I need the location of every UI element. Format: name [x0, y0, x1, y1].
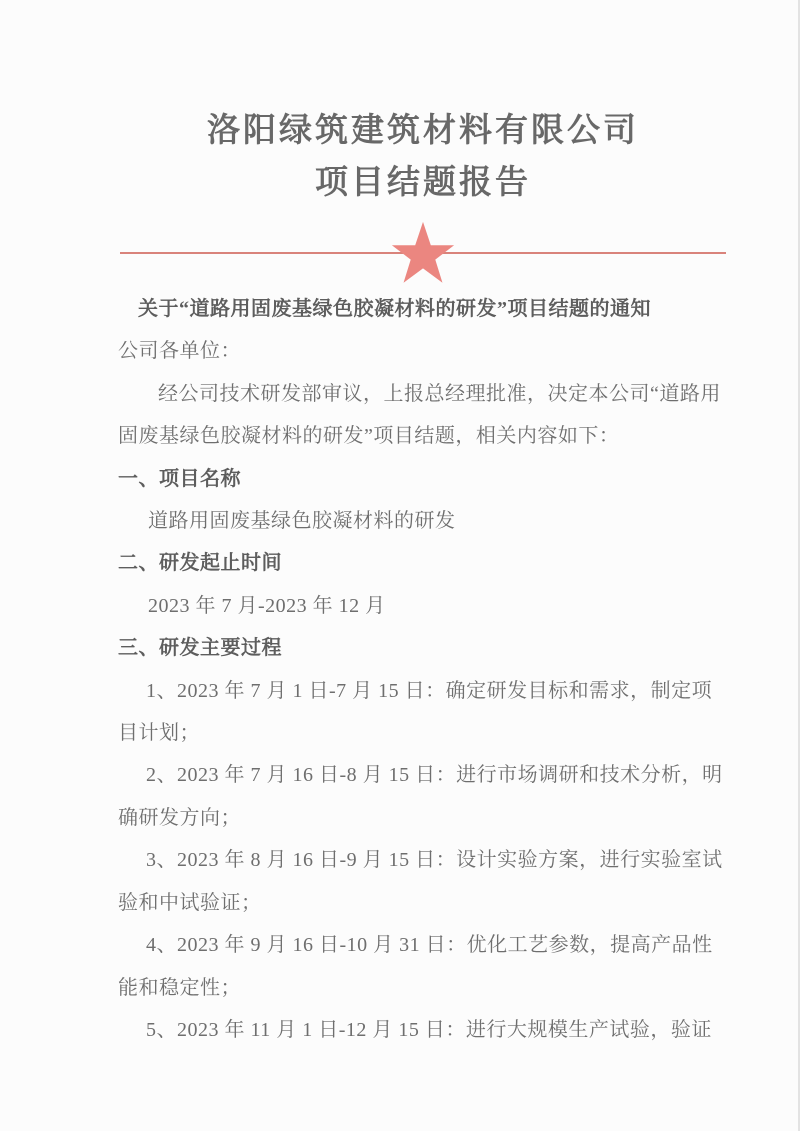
section-1-heading: 一、项目名称 [118, 458, 728, 500]
company-title: 洛阳绿筑建筑材料有限公司 [118, 112, 728, 150]
red-star-icon [390, 220, 456, 284]
document-body: 关于“道路用固废基绿色胶凝材料的研发”项目结题的通知 公司各单位： 经公司技术研… [118, 288, 728, 1051]
intro-paragraph: 经公司技术研发部审议，上报总经理批准，决定本公司“道路用 固废基绿色胶凝材料的研… [118, 373, 728, 458]
notice-title: 关于“道路用固废基绿色胶凝材料的研发”项目结题的通知 [118, 288, 728, 330]
section-2-body: 2023 年 7 月-2023 年 12 月 [118, 585, 728, 627]
star-divider [118, 220, 728, 288]
report-title: 项目结题报告 [118, 164, 728, 202]
process-item-5: 5、2023 年 11 月 1 日-12 月 15 日：进行大规模生产试验，验证 [118, 1009, 728, 1051]
process-item-4: 4、2023 年 9 月 16 日-10 月 31 日：优化工艺参数，提高产品性… [118, 924, 728, 1009]
section-1-body: 道路用固废基绿色胶凝材料的研发 [118, 500, 728, 542]
section-2-heading: 二、研发起止时间 [118, 542, 728, 584]
process-item-2: 2、2023 年 7 月 16 日-8 月 15 日：进行市场调研和技术分析，明… [118, 754, 728, 839]
section-3-heading: 三、研发主要过程 [118, 627, 728, 669]
red-star-shape [392, 222, 454, 283]
salutation: 公司各单位： [118, 330, 728, 372]
process-item-1: 1、2023 年 7 月 1 日-7 月 15 日：确定研发目标和需求，制定项 … [118, 670, 728, 755]
document-page: 洛阳绿筑建筑材料有限公司 项目结题报告 关于“道路用固废基绿色胶凝材料的研发”项… [0, 0, 800, 1131]
process-item-3: 3、2023 年 8 月 16 日-9 月 15 日：设计实验方案，进行实验室试… [118, 839, 728, 924]
